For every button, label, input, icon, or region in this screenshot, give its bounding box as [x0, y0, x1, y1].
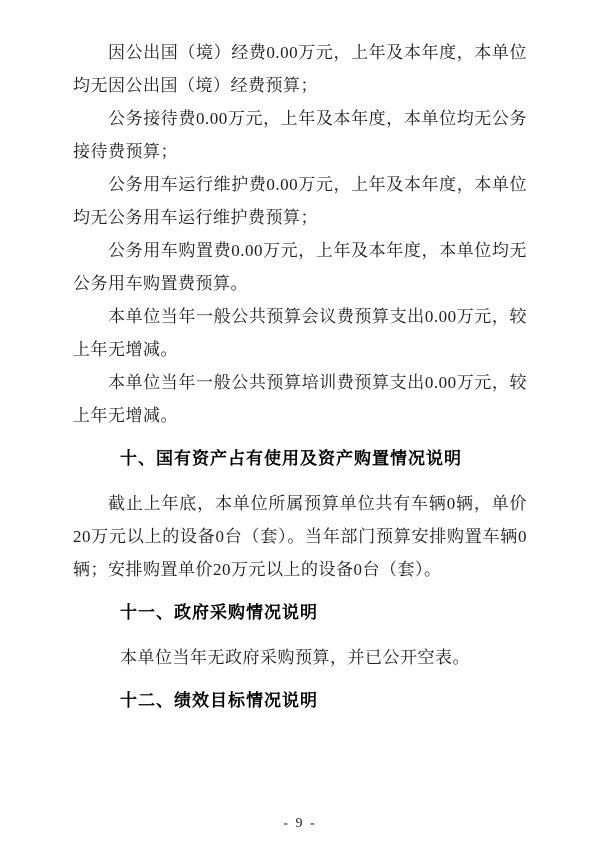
section-heading-state-assets: 十、国有资产占有使用及资产购置情况说明 [73, 442, 527, 475]
paragraph-vehicle-purchase-expense: 公务用车购置费0.00万元，上年及本年度，本单位均无公务用车购置费预算。 [73, 234, 527, 300]
paragraph-state-assets-detail: 截止上年底，本单位所属预算单位共有车辆0辆，单价20万元以上的设备0台（套）。当… [73, 487, 527, 586]
paragraph-overseas-trip-expense: 因公出国（境）经费0.00万元，上年及本年度，本单位均无因公出国（境）经费预算； [73, 36, 527, 102]
document-page: 因公出国（境）经费0.00万元，上年及本年度，本单位均无因公出国（境）经费预算；… [0, 0, 600, 848]
document-content: 因公出国（境）经费0.00万元，上年及本年度，本单位均无因公出国（境）经费预算；… [73, 36, 527, 729]
paragraph-vehicle-maintenance-expense: 公务用车运行维护费0.00万元，上年及本年度，本单位均无公务用车运行维护费预算； [73, 168, 527, 234]
section-heading-government-procurement: 十一、政府采购情况说明 [73, 596, 527, 629]
paragraph-official-reception-expense: 公务接待费0.00万元，上年及本年度，本单位均无公务接待费预算； [73, 102, 527, 168]
paragraph-government-procurement-detail: 本单位当年无政府采购预算，并已公开空表。 [73, 641, 527, 674]
page-footer: - 9 - [0, 814, 600, 834]
paragraph-training-expense: 本单位当年一般公共预算培训费预算支出0.00万元，较上年无增减。 [73, 366, 527, 432]
section-heading-performance-targets: 十二、绩效目标情况说明 [73, 684, 527, 717]
paragraph-meeting-expense: 本单位当年一般公共预算会议费预算支出0.00万元，较上年无增减。 [73, 300, 527, 366]
page-number: - 9 - [283, 816, 316, 831]
